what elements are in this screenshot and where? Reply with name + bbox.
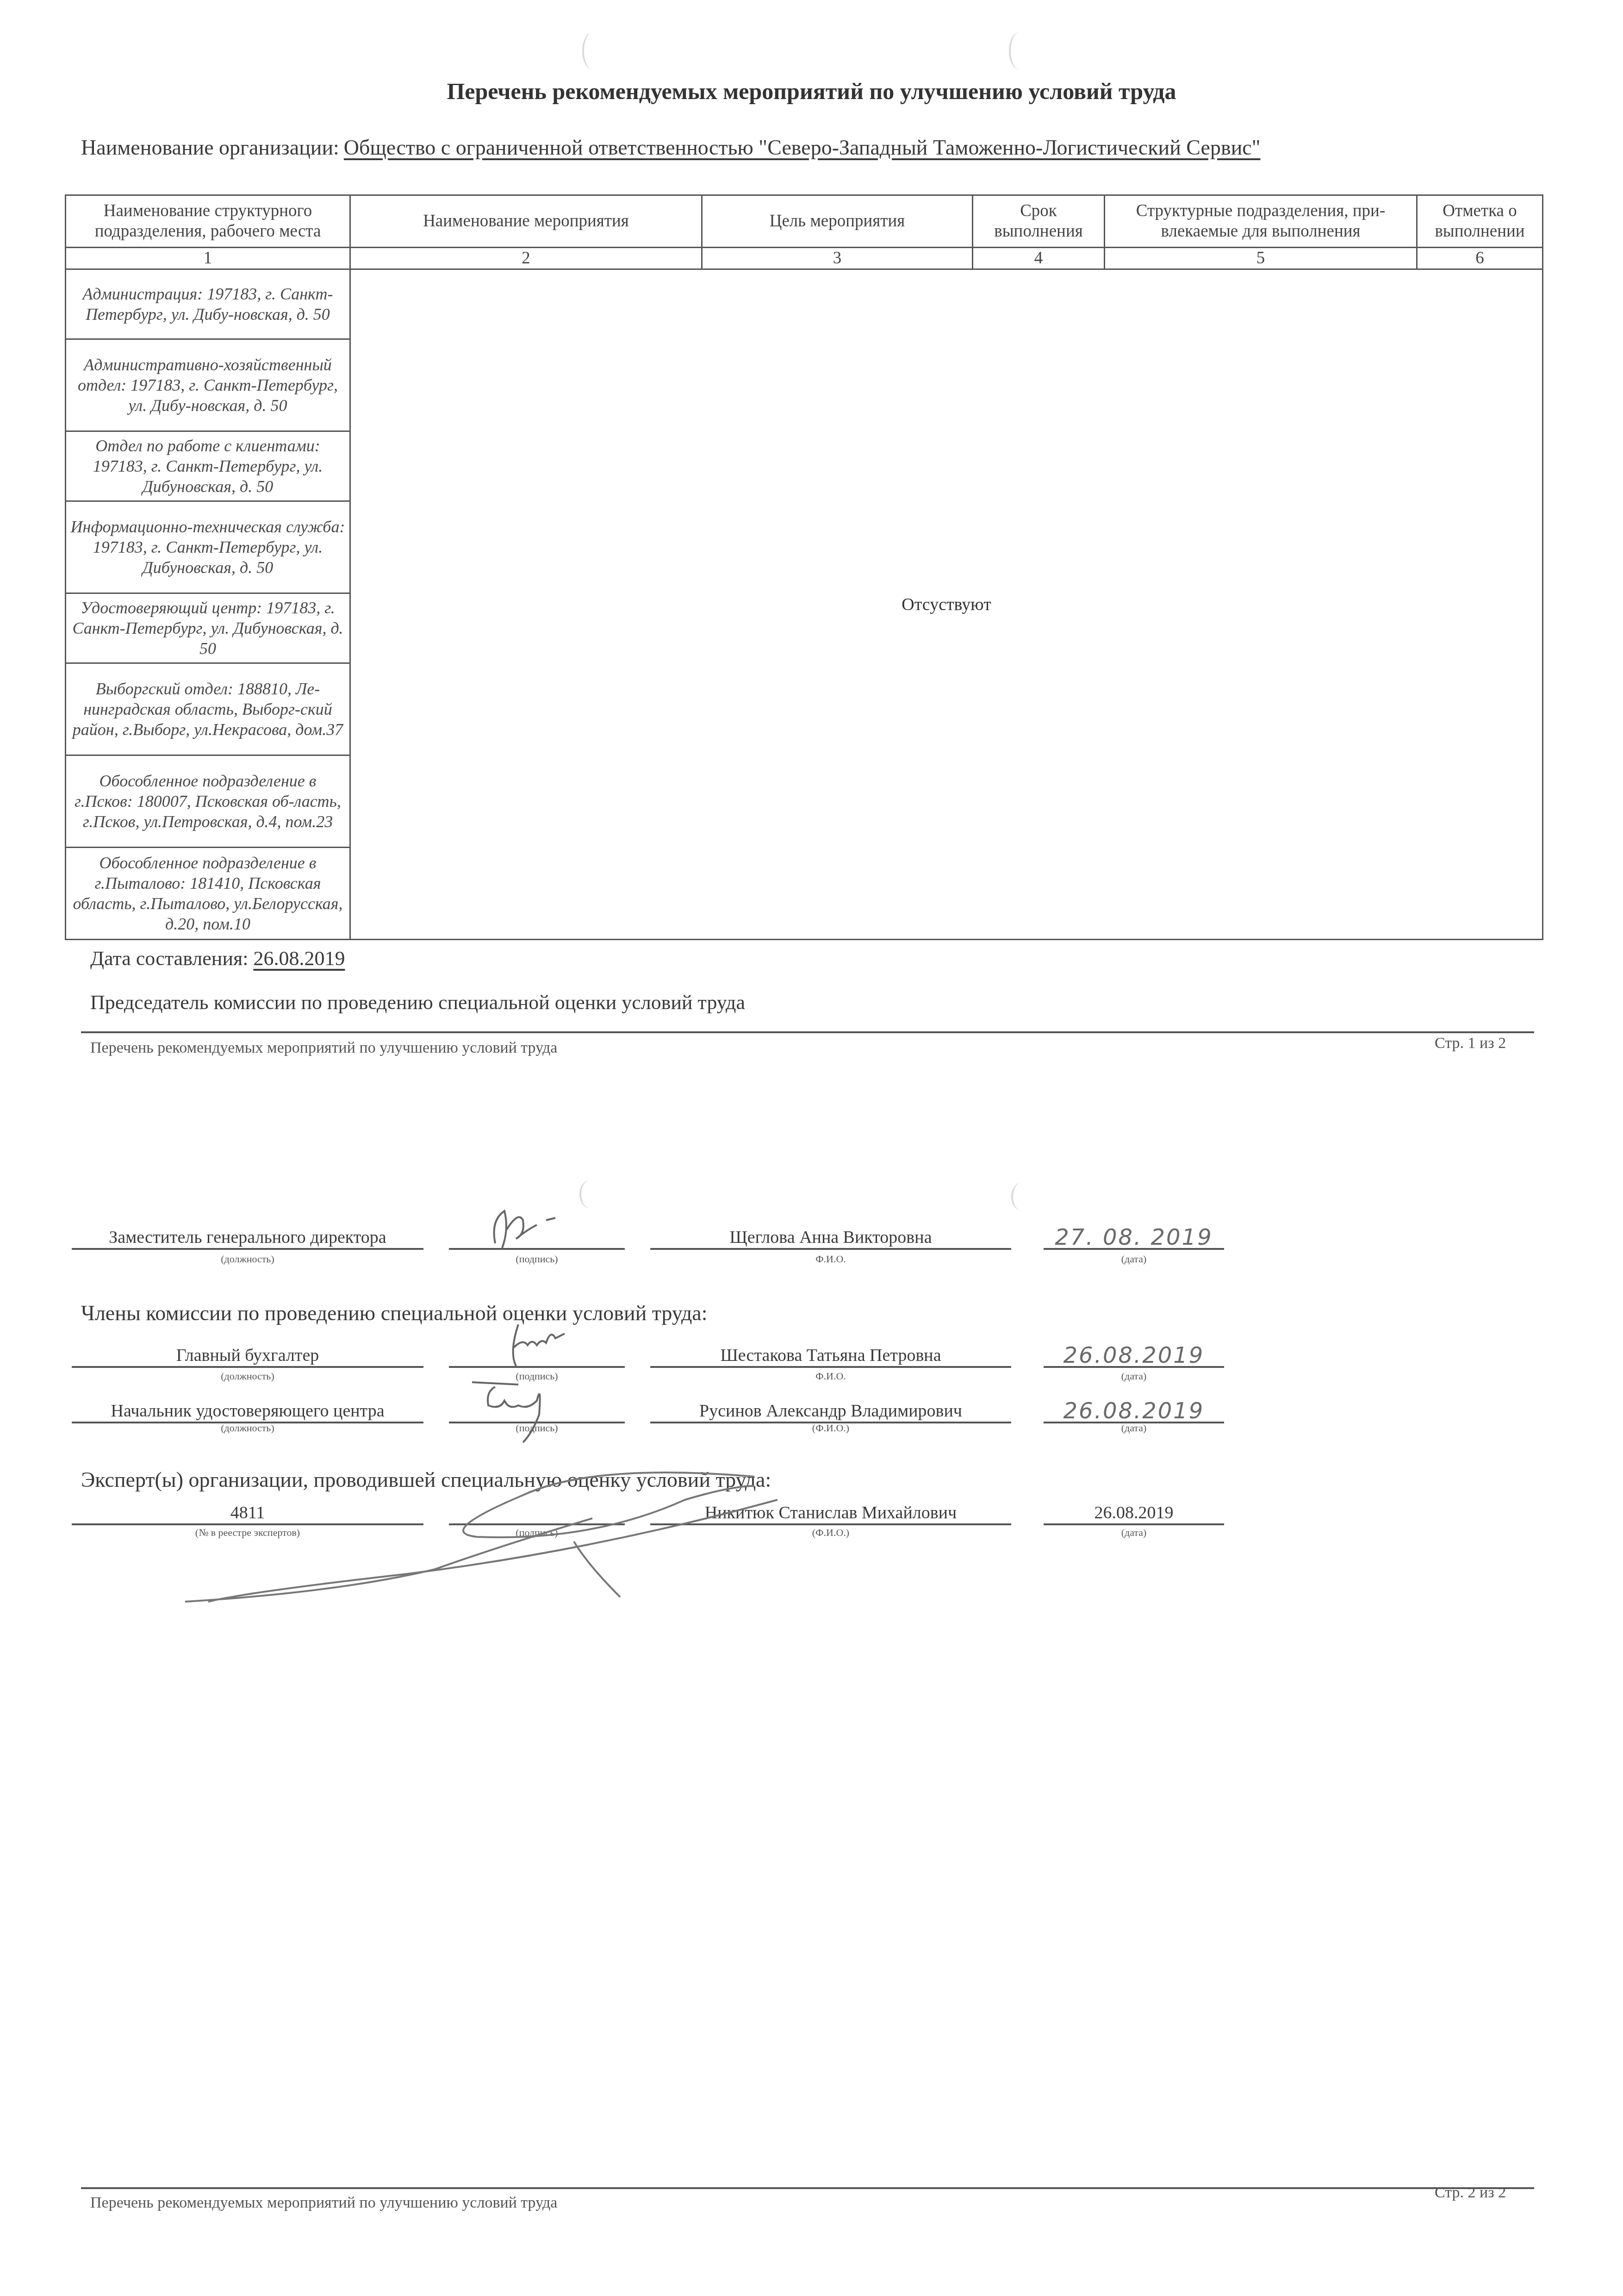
footer-title: Перечень рекомендуемых мероприятий по ул… (90, 1039, 557, 1057)
member-date: 26.08.2019 (1044, 1400, 1224, 1423)
chair-section-label: Председатель комиссии по проведению спец… (90, 991, 745, 1014)
expert-date: 26.08.2019 (1044, 1502, 1224, 1525)
page-number: Стр. 2 из 2 (1435, 2184, 1506, 2202)
stamp-arc-icon (1011, 1183, 1032, 1210)
column-header: Отметка о выполнении (1417, 195, 1543, 248)
signature-caption: (подпись) (449, 1422, 625, 1434)
member-signature-row: Главный бухгалтер Шестакова Татьяна Петр… (72, 1331, 1155, 1368)
organization-line: Наименование организации:Общество с огра… (81, 135, 1260, 160)
document-title: Перечень рекомендуемых мероприятий по ул… (0, 78, 1623, 105)
footer-divider (81, 2187, 1534, 2189)
date-composed-value: 26.08.2019 (253, 947, 345, 970)
table-header-row: Наименование структурного подразделения,… (66, 195, 1543, 248)
unit-cell: Удостоверяющий центр: 197183, г. Санкт-П… (66, 593, 350, 663)
organization-name: Общество с ограниченной ответственностью… (344, 136, 1261, 159)
column-header: Наименование структурного подразделения,… (66, 195, 350, 248)
date-composed: Дата составления: 26.08.2019 (90, 947, 345, 970)
unit-cell: Административно-хозяйственный отдел: 197… (66, 339, 350, 431)
unit-cell: Администрация: 197183, г. Санкт-Петербур… (66, 269, 350, 339)
member-name: Русинов Александр Владимирович (650, 1400, 1011, 1423)
column-header: Срок выполнения (973, 195, 1105, 248)
signature-icon (495, 1310, 588, 1380)
unit-cell: Информационно-техническая служба: 197183… (66, 501, 350, 593)
column-number: 4 (973, 248, 1105, 269)
fio-caption: (Ф.И.О.) (650, 1422, 1011, 1434)
organization-label: Наименование организации: (81, 136, 339, 159)
column-number: 2 (350, 248, 702, 269)
members-section-label: Члены комиссии по проведению специальной… (81, 1301, 708, 1325)
date-composed-label: Дата составления: (90, 947, 248, 970)
stamp-arc-icon (1009, 32, 1029, 69)
chair-date: 27. 08. 2019 (1044, 1227, 1224, 1250)
member-signature-line (449, 1329, 625, 1368)
footer-title: Перечень рекомендуемых мероприятий по ул… (90, 2194, 557, 2212)
member-signature-line (449, 1385, 625, 1423)
column-number: 5 (1105, 248, 1417, 269)
measures-table: Наименование структурного подразделения,… (65, 194, 1543, 940)
column-header: Наименование мероприятия (350, 195, 702, 248)
page-number: Стр. 1 из 2 (1435, 1035, 1506, 1052)
member-position: Начальник удостоверяющего центра (72, 1400, 423, 1423)
unit-cell: Обособленное подразделение в г.Псков: 18… (66, 755, 350, 848)
chair-name: Щеглова Анна Викторовна (650, 1227, 1011, 1250)
member-position: Главный бухгалтер (72, 1345, 423, 1368)
date-caption: (дата) (1044, 1370, 1224, 1382)
table-row: Администрация: 197183, г. Санкт-Петербур… (66, 269, 1543, 339)
date-caption: (дата) (1044, 1422, 1224, 1434)
chair-signature-row: Заместитель генерального директора Щегло… (72, 1213, 1155, 1250)
column-header: Цель мероприятия (702, 195, 973, 248)
position-caption: (должность) (72, 1422, 423, 1434)
signature-icon (467, 1373, 569, 1447)
position-caption: (должность) (72, 1253, 423, 1265)
unit-cell: Отдел по работе с клиентами: 197183, г. … (66, 431, 350, 501)
column-number: 1 (66, 248, 350, 269)
fio-caption: Ф.И.О. (650, 1253, 1011, 1265)
footer-divider (81, 1031, 1534, 1033)
member-name: Шестакова Татьяна Петровна (650, 1345, 1011, 1368)
expert-signature-icon (176, 1467, 824, 1606)
stamp-arc-icon (582, 32, 603, 69)
unit-cell: Выборгский отдел: 188810, Ле-нинградская… (66, 663, 350, 755)
position-caption: (должность) (72, 1370, 423, 1382)
member-signature-row: Начальник удостоверяющего центра Русинов… (72, 1386, 1155, 1423)
measures-absent-cell: Отсуствуют (350, 269, 1543, 940)
member-date: 26.08.2019 (1044, 1345, 1224, 1368)
unit-cell: Обособленное подразделение в г.Пыталово:… (66, 848, 350, 940)
column-number-row: 1 2 3 4 5 6 (66, 248, 1543, 269)
column-number: 3 (702, 248, 973, 269)
stamp-arc-icon (579, 1180, 600, 1208)
fio-caption: Ф.И.О. (650, 1370, 1011, 1382)
column-number: 6 (1417, 248, 1543, 269)
date-caption: (дата) (1044, 1527, 1224, 1539)
date-caption: (дата) (1044, 1253, 1224, 1265)
column-header: Структурные подразделения, при-влекаемые… (1105, 195, 1417, 248)
signature-caption: (подпись) (449, 1253, 625, 1265)
chair-position: Заместитель генерального директора (72, 1227, 423, 1250)
chair-signature-line (449, 1211, 625, 1250)
